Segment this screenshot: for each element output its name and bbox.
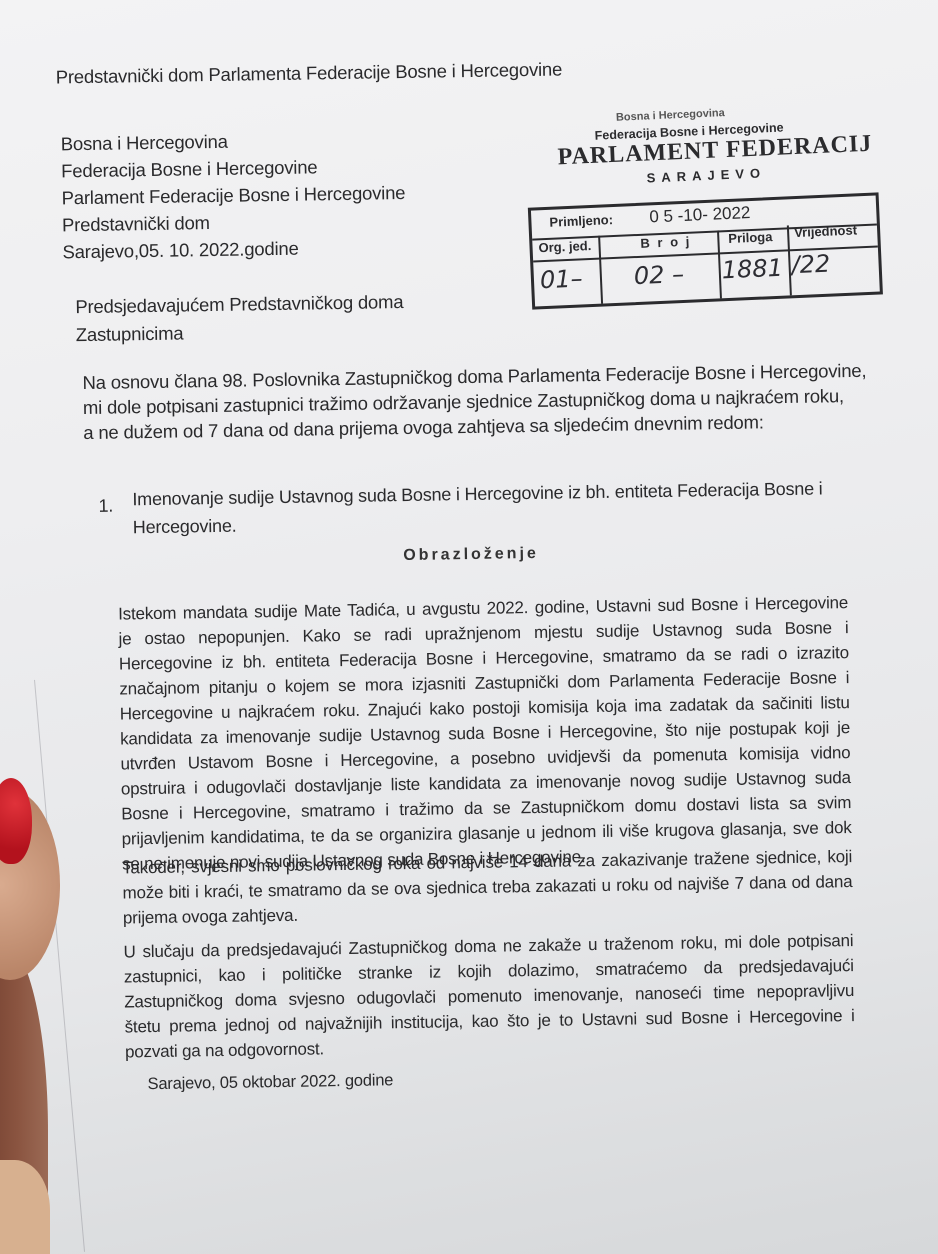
agenda-item-text: Hercegovine. xyxy=(133,512,237,542)
received-date: 0 5 -10- 2022 xyxy=(649,203,751,227)
address-line: Federacija Bosne i Hercegovine xyxy=(61,153,318,184)
agenda-item-number: 1. xyxy=(98,496,113,517)
paragraph-reasoning: Istekom mandata sudije Mate Tadića, u av… xyxy=(118,590,852,876)
stamp-table: Primljeno: 0 5 -10- 2022 Org. jed. B r o… xyxy=(528,192,883,309)
col-vrijednost-label: Vrijednost xyxy=(794,222,875,240)
handwritten-broj: 02 – xyxy=(633,260,684,290)
col-priloga-label: Priloga xyxy=(728,229,773,246)
received-label: Primljeno: xyxy=(549,212,613,230)
handwritten-priloga: 1881 xyxy=(721,254,783,285)
col-broj-label: B r o j xyxy=(640,234,691,251)
agenda-item-text: Imenovanje sudije Ustavnog suda Bosne i … xyxy=(132,474,823,513)
registry-stamp: Bosna i Hercegovina Federacija Bosne i H… xyxy=(516,100,894,316)
handwritten-org: 01– xyxy=(539,264,583,294)
recipient-line: Predsjedavajućem Predstavničkog doma xyxy=(75,287,403,322)
handwritten-year: /22 xyxy=(791,250,831,280)
paragraph-deadline: Također, svjesni smo poslovničkog roka o… xyxy=(122,844,853,930)
col-org-label: Org. jed. xyxy=(538,238,591,255)
address-date: Sarajevo,05. 10. 2022.godine xyxy=(62,235,299,266)
address-line: Predstavnički dom xyxy=(62,209,210,238)
address-line: Bosna i Hercegovina xyxy=(61,128,228,158)
recipient-line: Zastupnicima xyxy=(76,318,184,350)
stamp-city: SARAJEVO xyxy=(646,165,766,185)
closing-date: Sarajevo, 05 oktobar 2022. godine xyxy=(147,1071,393,1094)
address-line: Parlament Federacije Bosne i Hercegovine xyxy=(61,179,405,211)
section-title: Obrazloženje xyxy=(403,545,539,565)
paragraph-consequence: U slučaju da predsjedavajući Zastupničko… xyxy=(123,928,855,1064)
header-title: Predstavnički dom Parlamenta Federacije … xyxy=(56,58,563,88)
